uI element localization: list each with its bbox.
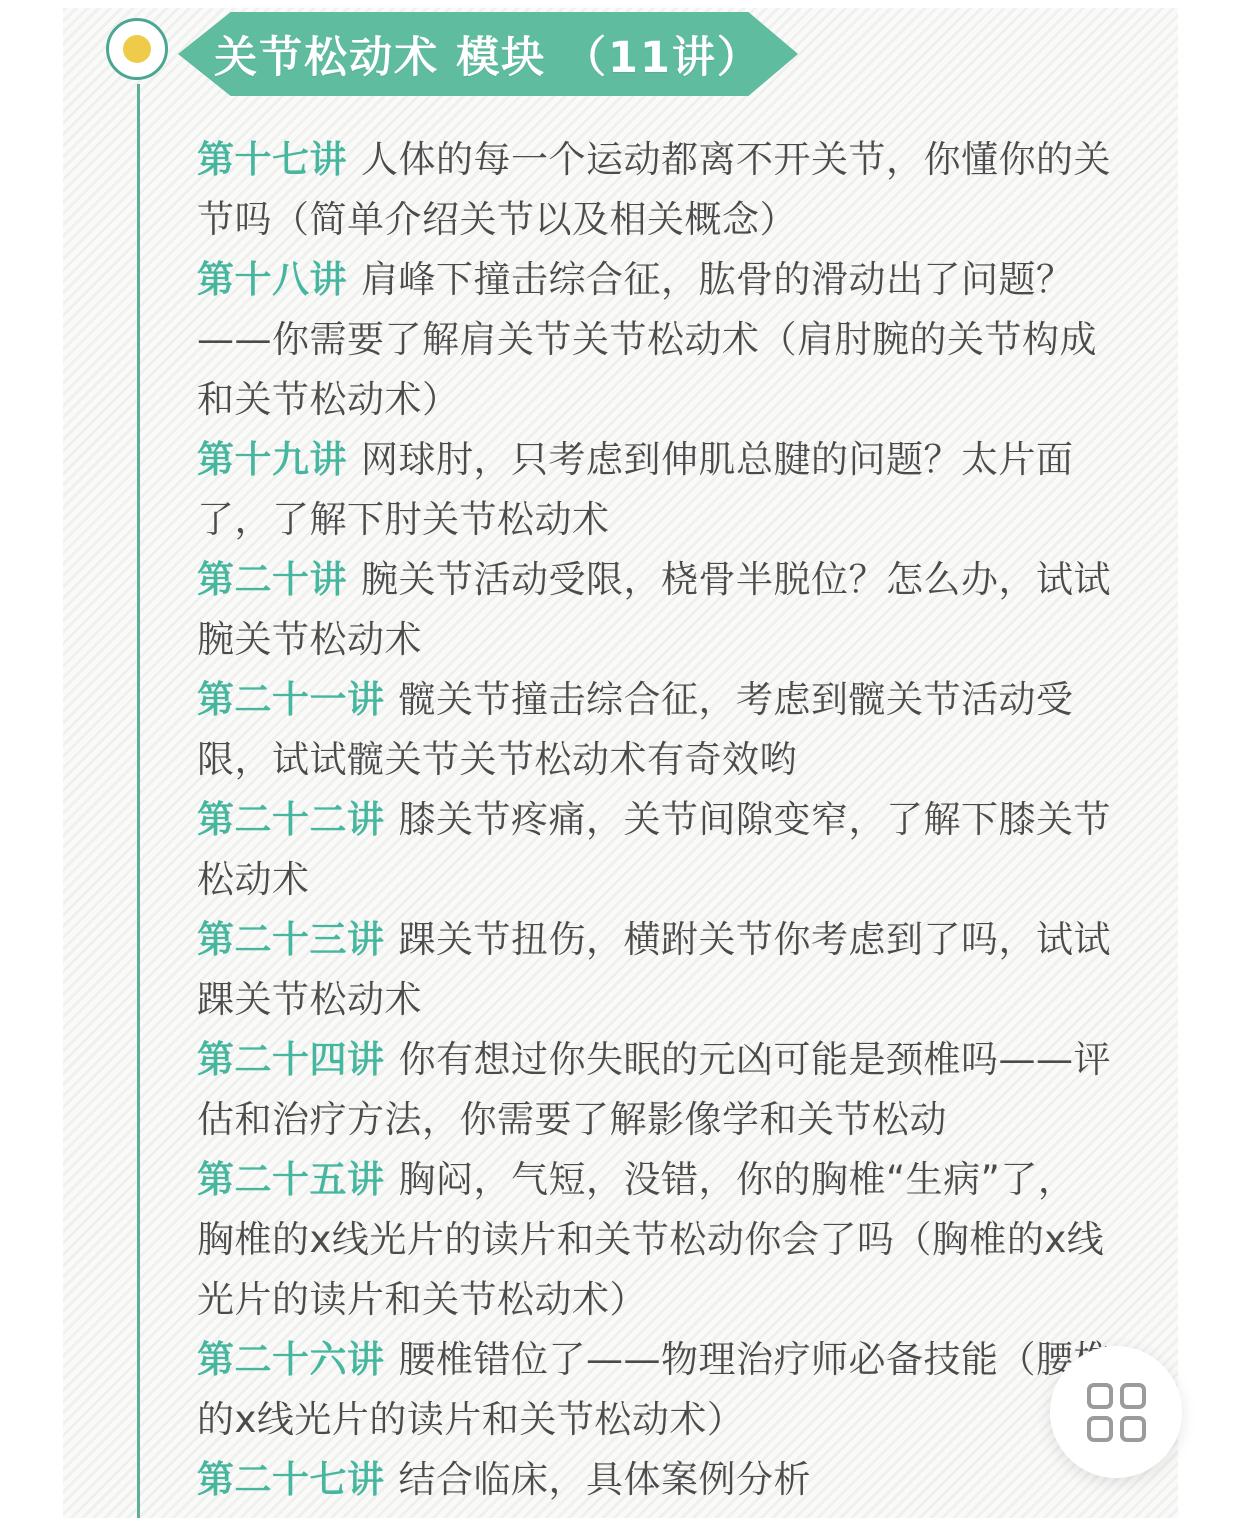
grid-icon-cell: [1120, 1416, 1146, 1442]
lecture-number-label: 第二十一讲: [197, 678, 385, 721]
grid-menu-icon: [1087, 1383, 1146, 1442]
lecture-number-label: 第二十四讲: [197, 1038, 385, 1081]
lecture-number-label: 第二十六讲: [197, 1338, 385, 1381]
lecture-item: 第二十二讲膝关节疼痛，关节间隙变窄，了解下膝关节松动术: [197, 790, 1112, 910]
timeline-line: [137, 84, 140, 1518]
lecture-number-label: 第二十二讲: [197, 798, 385, 841]
grid-icon-cell: [1120, 1383, 1146, 1409]
lecture-item: 第十八讲肩峰下撞击综合征，肱骨的滑动出了问题？——你需要了解肩关节关节松动术（肩…: [197, 250, 1112, 430]
lecture-item: 第二十讲腕关节活动受限，桡骨半脱位？怎么办，试试腕关节松动术: [197, 550, 1112, 670]
timeline-marker-dot: [123, 35, 151, 63]
module-header-ribbon: 关节松动术 模块 （11讲）: [178, 12, 798, 96]
lecture-number-label: 第二十七讲: [197, 1458, 385, 1501]
lecture-number-label: 第二十讲: [197, 558, 347, 601]
lecture-description: 结合临床，具体案例分析: [399, 1458, 812, 1501]
lecture-number-label: 第二十五讲: [197, 1158, 385, 1201]
lecture-item: 第二十七讲结合临床，具体案例分析: [197, 1450, 1112, 1510]
module-title: 关节松动术 模块 （11讲）: [214, 24, 762, 85]
lecture-number-label: 第十七讲: [197, 138, 347, 181]
timeline-marker: [106, 18, 168, 80]
lecture-list: 第十七讲人体的每一个运动都离不开关节，你懂你的关节吗（简单介绍关节以及相关概念）…: [197, 130, 1112, 1510]
lecture-item: 第二十六讲腰椎错位了——物理治疗师必备技能（腰椎的x线光片的读片和关节松动术）: [197, 1330, 1112, 1450]
grid-icon-cell: [1087, 1416, 1113, 1442]
lecture-item: 第十七讲人体的每一个运动都离不开关节，你懂你的关节吗（简单介绍关节以及相关概念）: [197, 130, 1112, 250]
lecture-item: 第二十四讲你有想过你失眠的元凶可能是颈椎吗——评估和治疗方法，你需要了解影像学和…: [197, 1030, 1112, 1150]
grid-icon-cell: [1087, 1383, 1113, 1409]
lecture-item: 第二十三讲踝关节扭伤，横跗关节你考虑到了吗，试试踝关节松动术: [197, 910, 1112, 1030]
lecture-number-label: 第十八讲: [197, 258, 347, 301]
lecture-item: 第二十五讲胸闷，气短，没错，你的胸椎“生病”了，胸椎的x线光片的读片和关节松动你…: [197, 1150, 1112, 1330]
lecture-number-label: 第十九讲: [197, 438, 347, 481]
lecture-number-label: 第二十三讲: [197, 918, 385, 961]
lecture-item: 第二十一讲髋关节撞击综合征，考虑到髋关节活动受限，试试髋关节关节松动术有奇效哟: [197, 670, 1112, 790]
grid-menu-button[interactable]: [1050, 1346, 1182, 1478]
lecture-item: 第十九讲网球肘，只考虑到伸肌总腱的问题？太片面了，了解下肘关节松动术: [197, 430, 1112, 550]
